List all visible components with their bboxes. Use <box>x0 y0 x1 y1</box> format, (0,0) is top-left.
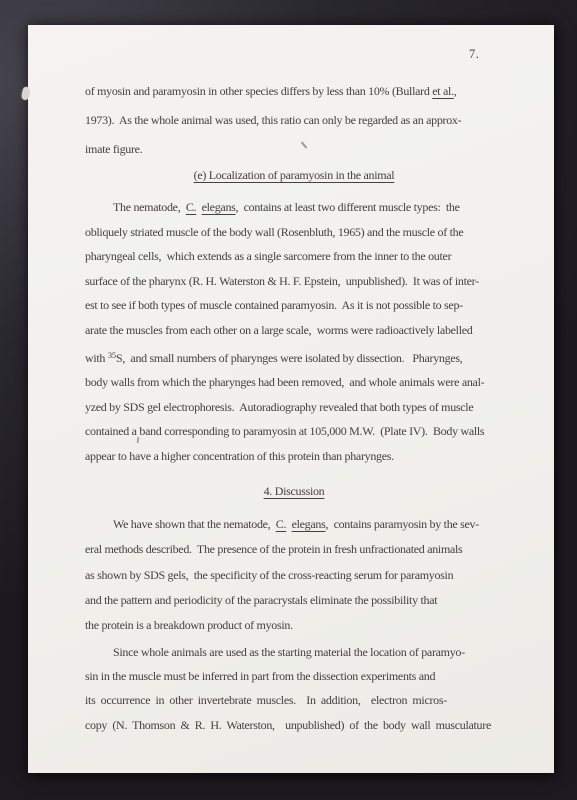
section-heading: (e) Localization of paramyosin in the an… <box>85 161 503 190</box>
text-line: obliquely striated muscle of the body wa… <box>85 220 503 245</box>
text-line: sin in the muscle must be inferred in pa… <box>85 664 503 688</box>
text-line: body walls from which the pharynges had … <box>85 370 503 395</box>
text-segment: sin in the muscle must be inferred in pa… <box>85 669 435 683</box>
heading-line: (e) Localization of paramyosin in the an… <box>85 161 503 190</box>
text-segment: S, and small numbers of pharynges were i… <box>116 351 462 365</box>
text-line: of myosin and paramyosin in other specie… <box>85 77 503 106</box>
text-line: We have shown that the nematode, C. eleg… <box>85 512 503 537</box>
text-segment: pharyngeal cells, which extends as a sin… <box>85 249 451 263</box>
section-heading: 4. Discussion <box>85 477 503 506</box>
text-segment: as shown by SDS gels, the specificity of… <box>85 568 453 582</box>
text-segment: surface of the pharynx (R. H. Waterston … <box>85 274 479 288</box>
text-line: and the pattern and periodicity of the p… <box>85 588 503 613</box>
text-segment: copy (N. Thomson & R. H. Waterston, unpu… <box>85 718 491 732</box>
text-line: appear to have a higher concentration of… <box>85 444 503 469</box>
text-segment: C. <box>186 200 196 214</box>
paragraph: of myosin and paramyosin in other specie… <box>85 77 503 164</box>
text-segment: est to see if both types of muscle conta… <box>85 298 463 312</box>
text-line: contained a band corresponding to paramy… <box>85 419 503 444</box>
paragraph: Since whole animals are used as the star… <box>85 640 503 737</box>
text-segment: the protein is a breakdown product of my… <box>85 618 293 632</box>
text-line: arate the muscles from each other on a l… <box>85 318 503 343</box>
superscript-isotope: 35 <box>108 350 116 360</box>
text-segment: body walls from which the pharynges had … <box>85 375 484 389</box>
text-segment: of myosin and paramyosin in other specie… <box>85 84 432 98</box>
text-segment: eral methods described. The presence of … <box>85 542 462 556</box>
text-segment: 4. Discussion <box>264 484 325 498</box>
heading-line: 4. Discussion <box>85 477 503 506</box>
text-line: with 35S, and small numbers of pharynges… <box>85 343 503 371</box>
text-line: copy (N. Thomson & R. H. Waterston, unpu… <box>85 713 503 737</box>
text-segment: C. <box>276 517 286 531</box>
document-page: 7. of myosin and paramyosin in other spe… <box>28 25 554 773</box>
text-segment: (e) Localization of paramyosin in the an… <box>194 168 395 182</box>
text-segment: , <box>454 84 457 98</box>
text-line: imate figure. <box>85 135 503 164</box>
text-segment: with <box>85 351 108 365</box>
text-segment: its occurrence in other invertebrate mus… <box>85 693 447 707</box>
text-segment: We have shown that the nematode, <box>113 517 276 531</box>
text-segment: , contains paramyosin by the sev- <box>325 517 478 531</box>
text-segment: elegans <box>292 517 326 531</box>
text-line: as shown by SDS gels, the specificity of… <box>85 563 503 588</box>
page-text: of myosin and paramyosin in other specie… <box>28 25 554 773</box>
text-segment: and the pattern and periodicity of the p… <box>85 593 437 607</box>
paragraph: The nematode, C. elegans, contains at le… <box>85 195 503 469</box>
text-segment: arate the muscles from each other on a l… <box>85 323 472 337</box>
text-segment: 1973). As the whole animal was used, thi… <box>85 113 461 127</box>
text-line: pharyngeal cells, which extends as a sin… <box>85 244 503 269</box>
text-segment: obliquely striated muscle of the body wa… <box>85 225 463 239</box>
text-segment: The nematode, <box>113 200 186 214</box>
text-line: 1973). As the whole animal was used, thi… <box>85 106 503 135</box>
text-segment: , contains at least two different muscle… <box>236 200 460 214</box>
text-segment: appear to have a higher concentration of… <box>85 449 394 463</box>
text-line: eral methods described. The presence of … <box>85 537 503 562</box>
text-segment: Since whole animals are used as the star… <box>113 645 465 659</box>
text-line: the protein is a breakdown product of my… <box>85 613 503 638</box>
text-segment: contained a band corresponding to paramy… <box>85 424 484 438</box>
text-line: The nematode, C. elegans, contains at le… <box>85 195 503 220</box>
text-segment: elegans <box>202 200 236 214</box>
text-line: Since whole animals are used as the star… <box>85 640 503 664</box>
text-segment: imate figure. <box>85 142 142 156</box>
text-segment: yzed by SDS gel electrophoresis. Autorad… <box>85 400 473 414</box>
text-line: surface of the pharynx (R. H. Waterston … <box>85 269 503 294</box>
text-line: its occurrence in other invertebrate mus… <box>85 688 503 712</box>
text-segment: et al. <box>432 84 454 98</box>
text-line: est to see if both types of muscle conta… <box>85 293 503 318</box>
paragraph: We have shown that the nematode, C. eleg… <box>85 512 503 638</box>
text-line: yzed by SDS gel electrophoresis. Autorad… <box>85 395 503 420</box>
